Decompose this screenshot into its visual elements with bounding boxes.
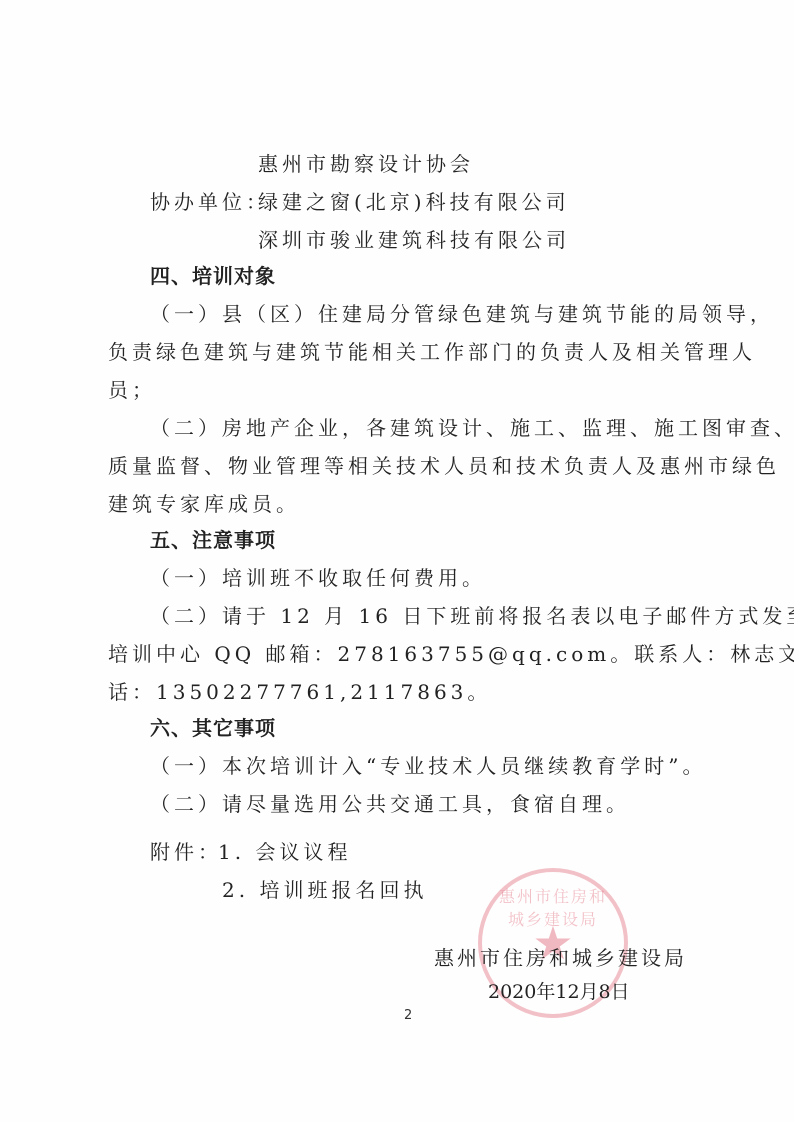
paragraph-line: （一）县（区）住建局分管绿色建筑与建筑节能的局领导， <box>150 300 774 328</box>
paragraph-line: 质量监督、物业管理等相关技术人员和技术负责人及惠州市绿色 <box>108 452 780 480</box>
attachments-label: 附件： <box>150 838 222 866</box>
section-heading-other: 六、其它事项 <box>150 714 276 742</box>
attachment-item-2: 2. 培训班报名回执 <box>222 876 427 904</box>
issue-date: 2020年12月8日 <box>488 978 630 1006</box>
paragraph-line: 培训中心 QQ 邮箱：278163755@qq.com。联系人：林志文，联系电 <box>108 640 794 668</box>
paragraph-line: （二）请于 12 月 16 日下班前将报名表以电子邮件方式发至 <box>150 602 794 630</box>
page-number: 2 <box>404 1008 412 1023</box>
section-heading-notes: 五、注意事项 <box>150 526 276 554</box>
paragraph-line: 建筑专家库成员。 <box>108 490 300 518</box>
section-heading-trainees: 四、培训对象 <box>150 262 276 290</box>
organizer-line: 惠州市勘察设计协会 <box>258 150 474 178</box>
document-page: 惠州市住房和城乡建设局 ★ 惠州市勘察设计协会 协办单位： 绿建之窗(北京)科技… <box>0 0 794 1122</box>
paragraph-line: （二）请尽量选用公共交通工具，食宿自理。 <box>150 790 630 818</box>
co-organizer-label: 协办单位： <box>150 188 270 216</box>
paragraph-line: （一）培训班不收取任何费用。 <box>150 564 486 592</box>
paragraph-line: 负责绿色建筑与建筑节能相关工作部门的负责人及相关管理人 <box>108 338 756 366</box>
issuing-organization: 惠州市住房和城乡建设局 <box>434 944 687 972</box>
paragraph-line: 话：13502277761,2117863。 <box>108 678 491 706</box>
paragraph-line: （一）本次培训计入“专业技术人员继续教育学时”。 <box>150 752 706 780</box>
co-organizer-1: 绿建之窗(北京)科技有限公司 <box>258 188 570 216</box>
attachment-item-1: 1. 会议议程 <box>218 838 351 866</box>
paragraph-line: 员； <box>108 376 156 404</box>
co-organizer-2: 深圳市骏业建筑科技有限公司 <box>258 226 570 254</box>
paragraph-line: （二）房地产企业，各建筑设计、施工、监理、施工图审查、 <box>150 414 794 442</box>
